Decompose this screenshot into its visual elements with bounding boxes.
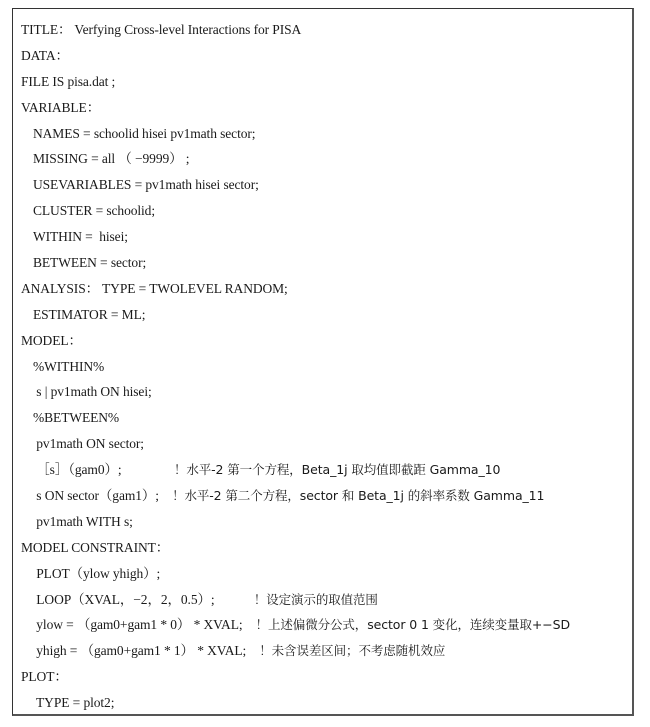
code-line-estimator: ESTIMATOR = ML; — [21, 302, 624, 328]
code-line-plot: PLOT： — [21, 664, 624, 690]
code-text: LOOP（XVAL，−2，2，0.5）; — [33, 587, 254, 613]
code-text: MISSING = all （ −9999） ; — [33, 146, 189, 172]
code-line-loop: LOOP（XVAL，−2，2，0.5）; ！设定演示的取值范围 — [21, 587, 624, 613]
code-text: MODEL： — [21, 328, 82, 354]
code-comment: ！水平-2 第一个方程，Beta_1j 取均值即截距 Gamma_10 — [174, 457, 500, 483]
code-line-cluster: CLUSTER = schoolid; — [21, 198, 624, 224]
code-text: pv1math WITH s; — [33, 509, 133, 535]
code-comment: ！设定演示的取值范围 — [254, 587, 378, 613]
code-text: ［s］（gam0）; — [33, 457, 174, 483]
code-line-gam0: ［s］（gam0）; ！水平-2 第一个方程，Beta_1j 取均值即截距 Ga… — [21, 457, 624, 483]
code-text: %BETWEEN% — [33, 405, 119, 431]
code-text: ylow = （gam0+gam1 * 0） * XVAL; — [33, 612, 256, 638]
code-text: PLOT： — [21, 664, 68, 690]
code-line-ylow: ylow = （gam0+gam1 * 0） * XVAL; ！上述偏微分公式，… — [21, 612, 624, 638]
code-text: %WITHIN% — [33, 354, 104, 380]
code-line-model: MODEL： — [21, 328, 624, 354]
code-text: MODEL CONSTRAINT： — [21, 535, 169, 561]
code-text: DATA： — [21, 43, 69, 69]
code-comment: ！未含误差区间；不考虑随机效应 — [259, 638, 445, 664]
code-text: VARIABLE： — [21, 95, 100, 121]
code-comment: ！上述偏微分公式，sector 0 1 变化，连续变量取+−SD — [256, 612, 570, 638]
code-text: FILE IS pisa.dat ; — [21, 69, 115, 95]
code-line-variable: VARIABLE： — [21, 95, 624, 121]
code-line-pv1math-with-s: pv1math WITH s; — [21, 509, 624, 535]
code-comment: ！水平-2 第二个方程，sector 和 Beta_1j 的斜率系数 Gamma… — [172, 483, 544, 509]
code-text: pv1math ON sector; — [33, 431, 144, 457]
code-line-yhigh: yhigh = （gam0+gam1 * 1） * XVAL; ！未含误差区间；… — [21, 638, 624, 664]
code-text: TYPE = plot2; — [33, 690, 114, 716]
code-text: USEVARIABLES = pv1math hisei sector; — [33, 172, 259, 198]
code-line-title: TITLE： Verfying Cross-level Interactions… — [21, 17, 624, 43]
code-text: WITHIN = hisei; — [33, 224, 128, 250]
code-line-between: BETWEEN = sector; — [21, 250, 624, 276]
code-line-plot-vars: PLOT（ylow yhigh）; — [21, 561, 624, 587]
code-text: NAMES = schoolid hisei pv1math sector; — [33, 121, 255, 147]
code-text: CLUSTER = schoolid; — [33, 198, 155, 224]
code-line-missing: MISSING = all （ −9999） ; — [21, 146, 624, 172]
code-text: yhigh = （gam0+gam1 * 1） * XVAL; — [33, 638, 259, 664]
code-line-random-slope: s | pv1math ON hisei; — [21, 379, 624, 405]
code-line-analysis: ANALYSIS： TYPE = TWOLEVEL RANDOM; — [21, 276, 624, 302]
code-text: s ON sector（gam1）; — [33, 483, 172, 509]
code-text: ESTIMATOR = ML; — [33, 302, 145, 328]
code-line-within-section: %WITHIN% — [21, 354, 624, 380]
code-line-between-section: %BETWEEN% — [21, 405, 624, 431]
code-lines: TITLE： Verfying Cross-level Interactions… — [21, 17, 624, 716]
code-line-within: WITHIN = hisei; — [21, 224, 624, 250]
code-listing-box: TITLE： Verfying Cross-level Interactions… — [12, 8, 634, 716]
code-line-pv1math-on-sector: pv1math ON sector; — [21, 431, 624, 457]
code-text: PLOT（ylow yhigh）; — [33, 561, 160, 587]
code-text: ANALYSIS： TYPE = TWOLEVEL RANDOM; — [21, 276, 288, 302]
code-line-gam1: s ON sector（gam1）; ！水平-2 第二个方程，sector 和 … — [21, 483, 624, 509]
code-text: BETWEEN = sector; — [33, 250, 146, 276]
code-line-plot-type: TYPE = plot2; — [21, 690, 624, 716]
code-line-usevariables: USEVARIABLES = pv1math hisei sector; — [21, 172, 624, 198]
code-text: s | pv1math ON hisei; — [33, 379, 152, 405]
code-line-model-constraint: MODEL CONSTRAINT： — [21, 535, 624, 561]
code-line-names: NAMES = schoolid hisei pv1math sector; — [21, 121, 624, 147]
code-line-data: DATA： — [21, 43, 624, 69]
code-line-file: FILE IS pisa.dat ; — [21, 69, 624, 95]
code-text: TITLE： Verfying Cross-level Interactions… — [21, 17, 301, 43]
